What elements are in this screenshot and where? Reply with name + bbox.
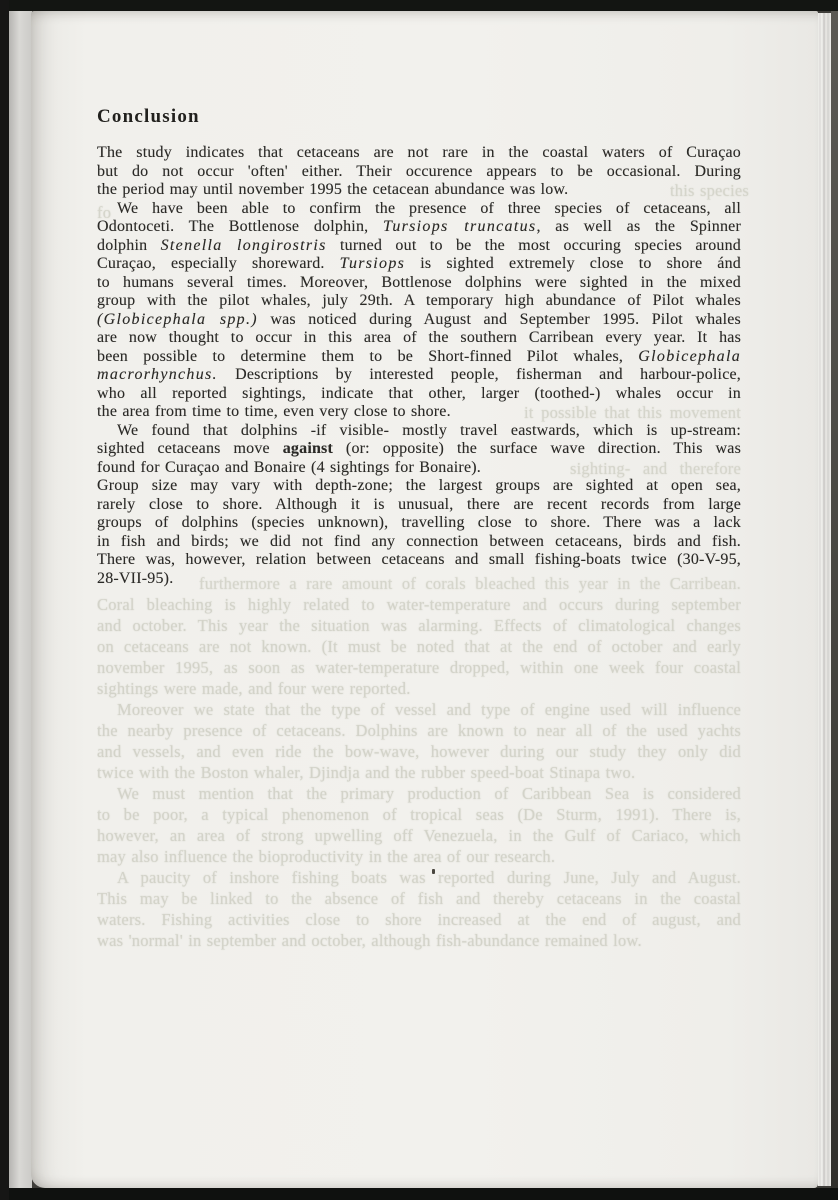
text-line: (Globicephala spp.) was noticed during A… — [97, 311, 741, 330]
ghost-text-line: however, an area of strong upwelling off… — [97, 825, 741, 846]
ghost-text-line: A paucity of inshore fishing boats was r… — [97, 867, 741, 888]
text-line: We have been able to confirm the presenc… — [97, 200, 741, 219]
page-edge-stack — [818, 13, 831, 1186]
ghost-text-fragment: this species — [670, 180, 765, 201]
page: Conclusion The study indicates that ceta… — [31, 11, 818, 1188]
ghost-text-line: the nearby presence of cetaceans. Dolphi… — [97, 720, 741, 741]
ghost-text-line: and vessels, and even ride the bow-wave,… — [97, 741, 741, 762]
ghost-text-line: waters. Fishing activities close to shor… — [97, 909, 741, 930]
ghost-text-line: twice with the Boston whaler, Djindja an… — [97, 762, 741, 783]
text-line: Group size may vary with depth-zone; the… — [97, 477, 741, 496]
scan-border-right — [831, 11, 838, 1188]
scanned-book-photo: Conclusion The study indicates that ceta… — [0, 0, 838, 1200]
text-line: to humans several times. Moreover, Bottl… — [97, 274, 741, 293]
text-line: been possible to determine them to be Sh… — [97, 348, 741, 367]
scan-border-bottom — [0, 1188, 838, 1200]
ghost-text-bleedthrough: Coral bleaching is highly related to wat… — [97, 594, 741, 951]
text-line: There was, however, relation between cet… — [97, 551, 741, 570]
ghost-text-line: november 1995, as soon as water-temperat… — [97, 657, 741, 678]
ghost-text-line: This may be linked to the absence of fis… — [97, 888, 741, 909]
text-line: the period may until november 1995 the c… — [97, 181, 741, 200]
ghost-text-line: sightings were made, and four were repor… — [97, 678, 741, 699]
ghost-text-fragment: furthermore a rare amount of corals blea… — [199, 573, 741, 594]
ghost-text-fragment: it possible that this movement — [524, 402, 741, 423]
ghost-text-line: was 'normal' in september and october, a… — [97, 930, 741, 951]
text-line: groups of dolphins (species unknown), tr… — [97, 514, 741, 533]
scan-border-top — [0, 0, 838, 11]
text-line: group with the pilot whales, july 29th. … — [97, 292, 741, 311]
book-fore-edge — [9, 11, 32, 1188]
body-text: The study indicates that cetaceans are n… — [97, 144, 741, 588]
ghost-text-line: and october. This year the situation was… — [97, 615, 741, 636]
ghost-text-fragment: sighting- and therefore — [570, 458, 741, 479]
ghost-text-line: Coral bleaching is highly related to wat… — [97, 594, 741, 615]
ghost-text-line: on cetaceans are not known. (It must be … — [97, 636, 741, 657]
scan-border-left — [0, 0, 9, 1200]
ink-speck — [432, 869, 435, 874]
text-line: in fish and birds; we did not find any c… — [97, 533, 741, 552]
text-line: rarely close to shore. Although it is un… — [97, 496, 741, 515]
text-line: macrorhynchus. Descriptions by intereste… — [97, 366, 741, 385]
text-line: but do not occur 'often' either. Their o… — [97, 163, 741, 182]
ghost-text-line: We must mention that the primary product… — [97, 783, 741, 804]
text-line: The study indicates that cetaceans are n… — [97, 144, 741, 163]
text-line: sighted cetaceans move against (or: oppo… — [97, 440, 741, 459]
text-line: Odontoceti. The Bottlenose dolphin, Turs… — [97, 218, 741, 237]
text-line: dolphin Stenella longirostris turned out… — [97, 237, 741, 256]
ghost-text-line: may also influence the bioproductivity i… — [97, 846, 741, 867]
text-line: who all reported sightings, indicate tha… — [97, 385, 741, 404]
ghost-text-fragment: fo — [97, 202, 137, 223]
ghost-text-line: Moreover we state that the type of vesse… — [97, 699, 741, 720]
ghost-text-line: to be poor, a typical phenomenon of trop… — [97, 804, 741, 825]
page-title: Conclusion — [97, 106, 200, 128]
text-line: are now thought to occur in this area of… — [97, 329, 741, 348]
text-line: We found that dolphins -if visible- most… — [97, 422, 741, 441]
text-line: Curaçao, especially shoreward. Tursiops … — [97, 255, 741, 274]
